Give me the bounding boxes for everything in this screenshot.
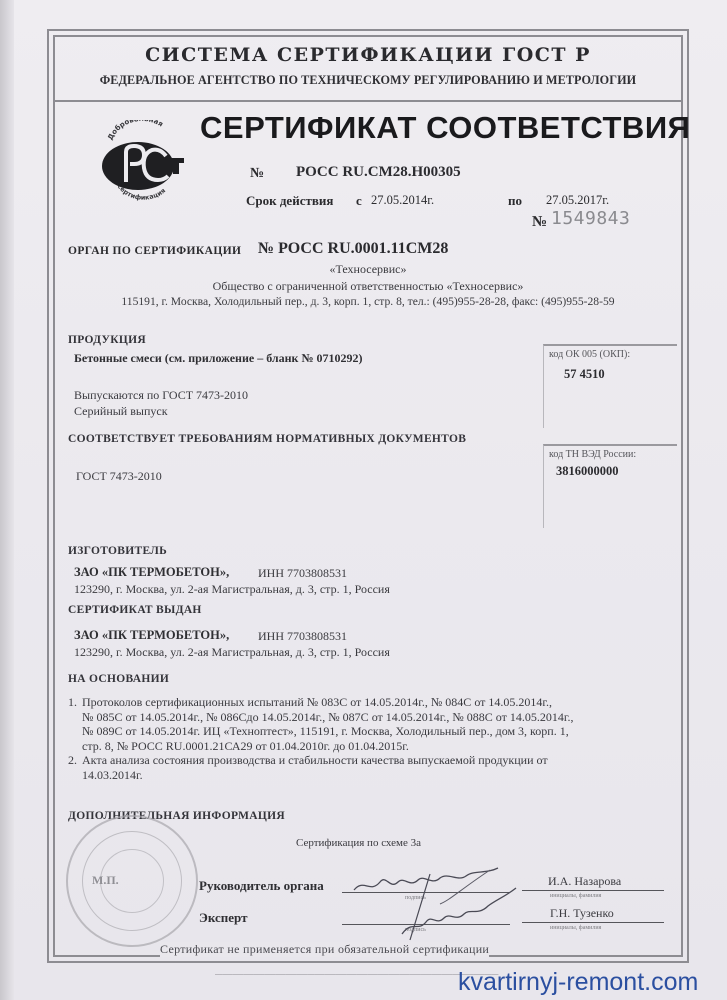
- agency-name: ФЕДЕРАЛЬНОЕ АГЕНТСТВО ПО ТЕХНИЧЕСКОМУ РЕ…: [53, 73, 683, 88]
- basis-item: 1.Протоколов сертификационных испытаний …: [68, 695, 678, 753]
- stamp-mp-text: М.П.: [92, 873, 119, 888]
- header-divider: [53, 100, 683, 102]
- tnved-code-box: код ТН ВЭД России: 3816000000: [543, 444, 677, 528]
- manufacturer-heading: ИЗГОТОВИТЕЛЬ: [68, 545, 167, 557]
- basis-item-number: 1.: [68, 695, 82, 753]
- manufacturer-name: ЗАО «ПК ТЕРМОБЕТОН»,: [74, 565, 229, 580]
- certification-body-name: «Техносервис»: [53, 262, 683, 277]
- okp-code-label: код ОК 005 (ОКП):: [549, 349, 677, 360]
- rst-logo-icon: Добровольная сертификация: [96, 120, 188, 204]
- valid-from-date: 27.05.2014г.: [371, 193, 434, 208]
- valid-to-label: по: [508, 193, 522, 209]
- certification-body-full-name: Общество с ограниченной ответственностью…: [53, 279, 683, 294]
- issued-to-name: ЗАО «ПК ТЕРМОБЕТОН»,: [74, 628, 229, 643]
- expert-name-caption: инициалы, фамилия: [550, 925, 601, 931]
- system-title: СИСТЕМА СЕРТИФИКАЦИИ ГОСТ Р: [53, 44, 683, 66]
- basis-item-text: Протоколов сертификационных испытаний № …: [82, 695, 573, 753]
- validity-label: Срок действия: [246, 193, 333, 209]
- product-name: Бетонные смеси (см. приложение – бланк №…: [74, 351, 363, 366]
- valid-from-label: с: [356, 193, 362, 209]
- issued-to-inn: ИНН 7703808531: [258, 629, 347, 644]
- expert-name-line: [522, 922, 664, 923]
- expert-label: Эксперт: [199, 910, 247, 926]
- head-name: И.А. Назарова: [548, 874, 621, 889]
- certification-body-number: № РОСС RU.0001.11CM28: [258, 240, 448, 258]
- tnved-code-label: код ТН ВЭД России:: [549, 449, 677, 460]
- certification-scheme: Сертификация по схеме 3а: [296, 837, 421, 849]
- issued-to-heading: СЕРТИФИКАТ ВЫДАН: [68, 604, 202, 616]
- head-name-line: [522, 890, 664, 891]
- scan-edge-shadow: [0, 0, 14, 1000]
- manufacturer-address: 123290, г. Москва, ул. 2-ая Магистральна…: [74, 582, 390, 597]
- print-info-line: ────────────────────────────────────────…: [215, 973, 498, 978]
- basis-heading: НА ОСНОВАНИИ: [68, 673, 169, 685]
- additional-info-heading: ДОПОЛНИТЕЛЬНАЯ ИНФОРМАЦИЯ: [68, 810, 285, 822]
- certification-body-address: 115191, г. Москва, Холодильный пер., д. …: [53, 295, 683, 308]
- basis-item-text: Акта анализа состояния производства и ст…: [82, 753, 548, 782]
- tnved-code: 3816000000: [556, 464, 677, 479]
- certificate-page: СИСТЕМА СЕРТИФИКАЦИИ ГОСТ Р ФЕДЕРАЛЬНОЕ …: [0, 0, 727, 1000]
- product-release-type: Серийный выпуск: [74, 404, 168, 419]
- product-heading: ПРОДУКЦИЯ: [68, 334, 146, 346]
- issued-to-address: 123290, г. Москва, ул. 2-ая Магистральна…: [74, 645, 390, 660]
- certificate-number: РОСС RU.CM28.H00305: [296, 164, 461, 181]
- basis-list: 1.Протоколов сертификационных испытаний …: [68, 695, 678, 783]
- serial-number: 1549843: [551, 208, 630, 229]
- product-standard: Выпускаются по ГОСТ 7473-2010: [74, 388, 248, 403]
- basis-item-number: 2.: [68, 753, 82, 782]
- serial-number-label: №: [532, 214, 547, 231]
- seal-stamp-icon: М.П.: [66, 815, 198, 947]
- basis-item: 2.Акта анализа состояния производства и …: [68, 753, 678, 782]
- compliance-standard: ГОСТ 7473-2010: [76, 469, 162, 484]
- compliance-heading: СООТВЕТСТВУЕТ ТРЕБОВАНИЯМ НОРМАТИВНЫХ ДО…: [68, 433, 466, 445]
- expert-name: Г.Н. Тузенко: [550, 906, 614, 921]
- valid-to-date: 27.05.2017г.: [546, 193, 609, 208]
- svg-text:Добровольная: Добровольная: [106, 120, 164, 141]
- manufacturer-inn: ИНН 7703808531: [258, 566, 347, 581]
- site-watermark: kvartirnyj-remont.com: [458, 968, 698, 997]
- head-of-body-label: Руководитель органа: [199, 878, 324, 894]
- head-name-caption: инициалы, фамилия: [550, 893, 601, 899]
- footer-note: Сертификат не применяется при обязательн…: [160, 942, 489, 957]
- certificate-title: СЕРТИФИКАТ СООТВЕТСТВИЯ: [200, 110, 690, 146]
- certification-body-label: ОРГАН ПО СЕРТИФИКАЦИИ: [68, 245, 241, 257]
- certificate-number-label: №: [250, 166, 264, 182]
- okp-code-box: код ОК 005 (ОКП): 57 4510: [543, 344, 677, 428]
- okp-code: 57 4510: [564, 367, 677, 382]
